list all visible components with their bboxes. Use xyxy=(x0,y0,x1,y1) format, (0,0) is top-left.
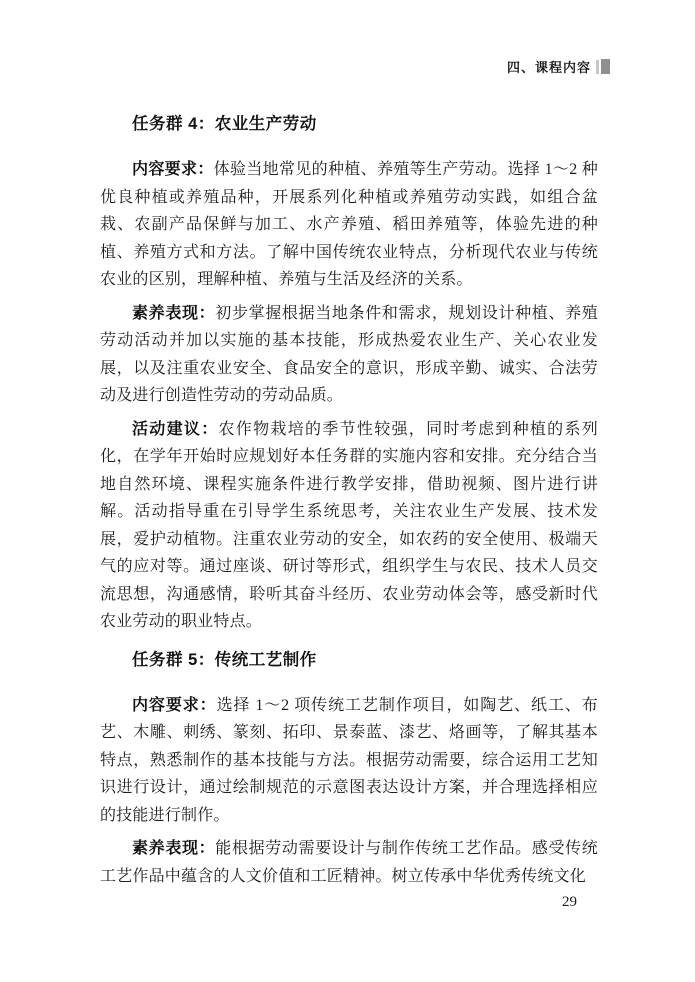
page-number: 29 xyxy=(562,894,577,911)
header-bar-wide xyxy=(601,59,610,74)
paragraph-competency-performance: 素养表现：能根据劳动需要设计与制作传统工艺作品。感受传统工艺作品中蕴含的人文价值… xyxy=(100,835,598,890)
paragraph-text: 选择 1～2 项传统工艺制作项目，如陶艺、纸工、布艺、木雕、刺绣、篆刻、拓印、景… xyxy=(100,697,598,824)
paragraph-competency-performance: 素养表现：初步掌握根据当地条件和需求，规划设计种植、养殖劳动活动并加以实施的基本… xyxy=(100,300,598,410)
paragraph-label: 活动建议： xyxy=(132,421,219,438)
paragraph-label: 素养表现： xyxy=(132,840,215,857)
section-task-group-4: 任务群 4：农业生产劳动 内容要求：体验当地常见的种植、养殖等生产劳动。选择 1… xyxy=(100,112,598,636)
paragraph-label: 内容要求： xyxy=(132,697,217,714)
paragraph-content-requirements: 内容要求：体验当地常见的种植、养殖等生产劳动。选择 1～2 种优良种植或养殖品种… xyxy=(100,156,598,294)
section-task-group-5: 任务群 5：传统工艺制作 内容要求：选择 1～2 项传统工艺制作项目，如陶艺、纸… xyxy=(100,648,598,891)
paragraph-text: 农作物栽培的季节性较强，同时考虑到种植的系列化，在学年开始时应规划好本任务群的实… xyxy=(100,421,598,631)
paragraph-text: 体验当地常见的种植、养殖等生产劳动。选择 1～2 种优良种植或养殖品种，开展系列… xyxy=(100,161,598,288)
running-header: 四、课程内容 xyxy=(507,57,610,76)
section-heading: 任务群 5：传统工艺制作 xyxy=(100,648,598,672)
page-content: 任务群 4：农业生产劳动 内容要求：体验当地常见的种植、养殖等生产劳动。选择 1… xyxy=(100,112,598,896)
document-page: 四、课程内容 任务群 4：农业生产劳动 内容要求：体验当地常见的种植、养殖等生产… xyxy=(0,0,695,982)
header-bar-thin xyxy=(596,60,599,74)
paragraph-content-requirements: 内容要求：选择 1～2 项传统工艺制作项目，如陶艺、纸工、布艺、木雕、刺绣、篆刻… xyxy=(100,692,598,830)
paragraph-activity-suggestions: 活动建议：农作物栽培的季节性较强，同时考虑到种植的系列化，在学年开始时应规划好本… xyxy=(100,416,598,636)
paragraph-label: 内容要求： xyxy=(132,161,214,178)
header-decoration-bars-icon xyxy=(596,59,610,74)
section-heading: 任务群 4：农业生产劳动 xyxy=(100,112,598,136)
paragraph-label: 素养表现： xyxy=(132,305,215,322)
running-header-title: 四、课程内容 xyxy=(507,57,591,76)
